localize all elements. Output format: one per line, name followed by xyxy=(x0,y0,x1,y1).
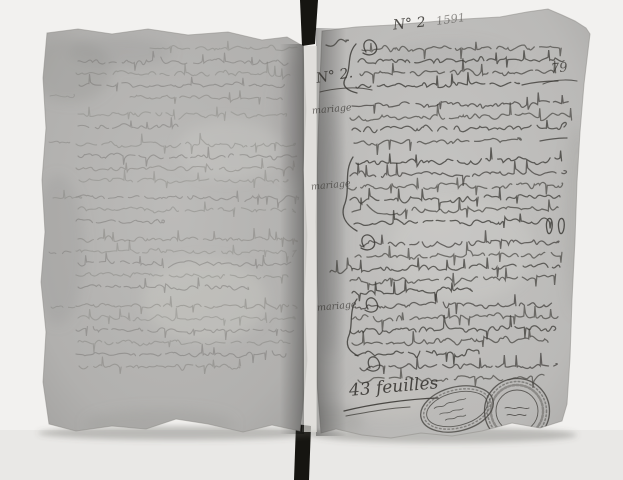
book-spine-top xyxy=(300,0,318,46)
manuscript-scan: N° 2 1591 N° 2. 79 mariage mariage maria… xyxy=(0,0,623,480)
note-number-top: N° 2 xyxy=(392,15,426,32)
folio-number: 79 xyxy=(550,61,568,75)
page-spread-rendering xyxy=(0,0,623,480)
